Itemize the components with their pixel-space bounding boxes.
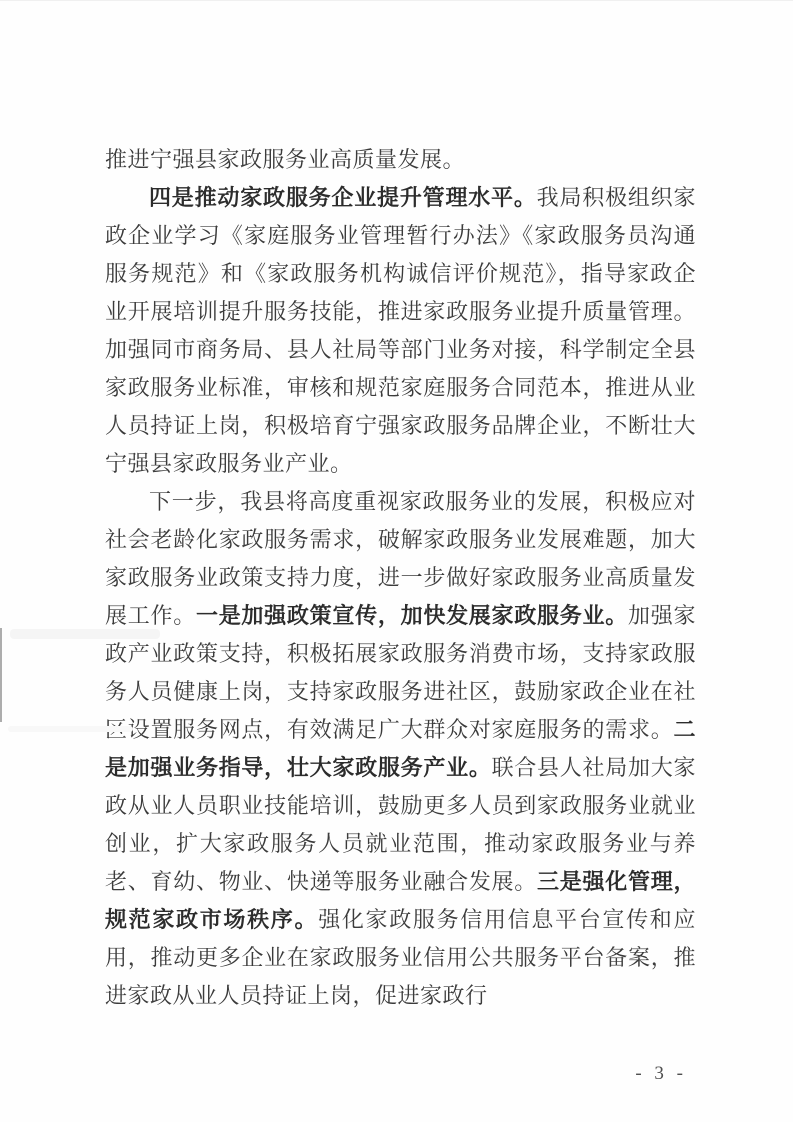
paragraph-text: 我局积极组织家政企业学习《家庭服务业管理暂行办法》《家政服务员沟通服务规范》和《…	[105, 185, 696, 476]
paragraph-heading-text: 一是加强政策宣传，加快发展家政服务业。	[196, 603, 628, 628]
paragraph-continuation: 推进宁强县家政服务业高质量发展。	[105, 141, 696, 179]
scan-edge-artifact	[0, 628, 2, 722]
scan-top-edge	[0, 0, 793, 1]
scan-smudge-artifact	[10, 629, 160, 639]
document-page: 推进宁强县家政服务业高质量发展。 四是推动家政服务企业提升管理水平。我局积极组织…	[0, 0, 793, 1122]
paragraph-point-four: 四是推动家政服务企业提升管理水平。我局积极组织家政企业学习《家庭服务业管理暂行办…	[105, 179, 696, 483]
document-body: 推进宁强县家政服务业高质量发展。 四是推动家政服务企业提升管理水平。我局积极组织…	[105, 141, 696, 1015]
scan-smudge-artifact	[8, 726, 133, 732]
paragraph-next-steps: 下一步，我县将高度重视家政服务业的发展，积极应对社会老龄化家政服务需求，破解家政…	[105, 483, 696, 1015]
page-number: - 3 -	[635, 1061, 687, 1087]
paragraph-text: 推进宁强县家政服务业高质量发展。	[105, 147, 465, 172]
paragraph-heading-text: 四是推动家政服务企业提升管理水平。	[149, 185, 537, 210]
